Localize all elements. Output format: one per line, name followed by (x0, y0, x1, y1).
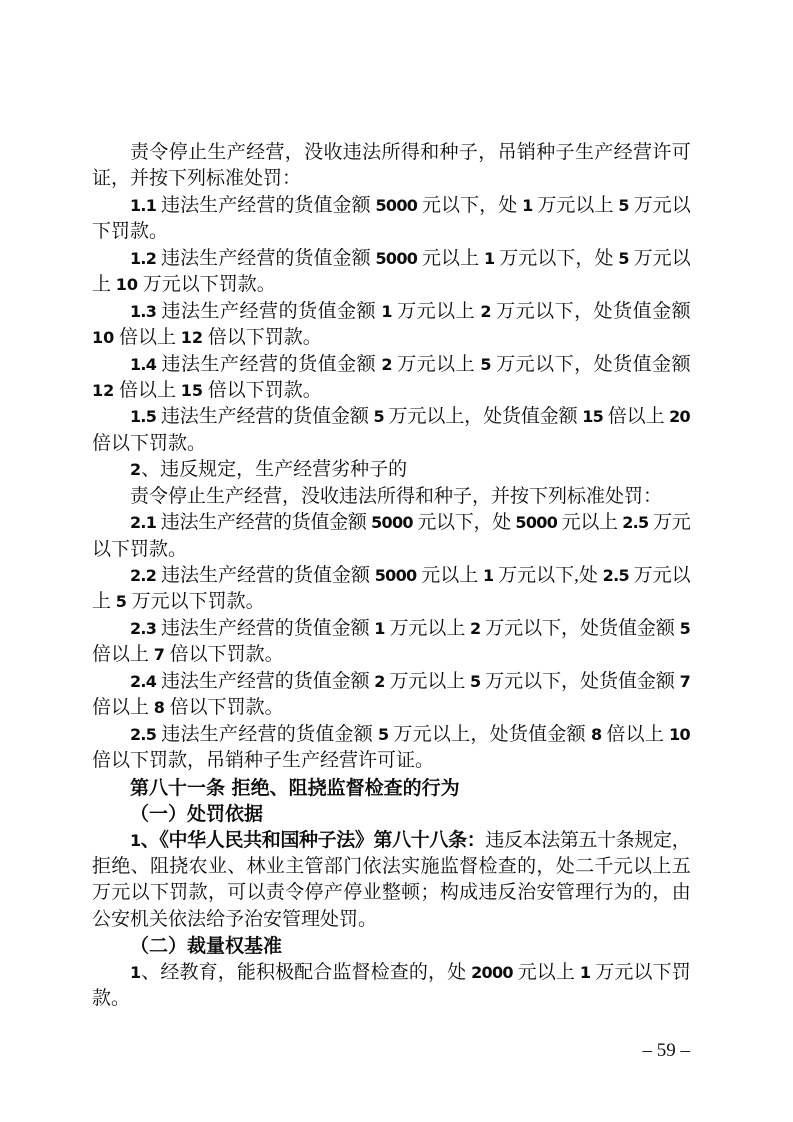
numeric-text: 20 (669, 407, 690, 426)
cjk-text: 、经教育，能积极配合监督检查的，处 (140, 962, 471, 983)
numeric-text: 7 (154, 645, 165, 664)
cjk-text: 万元以上，处货值金额 (388, 724, 591, 745)
text-line: 公安机关依法给予治安管理处罚。 (92, 907, 690, 933)
cjk-text: 违法生产经营的货值金额 (156, 248, 375, 269)
numeric-text: 1 (130, 831, 140, 850)
text-line: 2.2 违法生产经营的货值金额 5000 元以上 1 万元以下,处 2.5 万元… (92, 563, 690, 589)
text-line: 2.4 违法生产经营的货值金额 2 万元以上 5 万元以下，处货值金额 7 (92, 669, 690, 695)
numeric-text: 5 (373, 407, 383, 426)
cjk-text: 违法生产经营的货值金额 (156, 724, 378, 745)
text-line: 2、违反规定，生产经营劣种子的 (92, 457, 690, 483)
text-line: 1.1 违法生产经营的货值金额 5000 元以下，处 1 万元以上 5 万元以 (92, 193, 690, 219)
cjk-text: 万元以下罚款，可以责令停产停业整顿；构成违反治安管理行为的，由 (92, 882, 690, 903)
cjk-text: 万元以下，处货值金额 (491, 354, 690, 375)
cjk-text: 倍以下罚款。 (165, 644, 284, 665)
cjk-text: 倍以上 (114, 327, 181, 348)
cjk-text: 万元以下，处 (494, 248, 618, 269)
text-line: 上 5 万元以下罚款。 (92, 589, 690, 615)
cjk-text: 违法生产经营的货值金额 (156, 195, 375, 216)
text-line: （一）处罚依据 (92, 801, 690, 827)
text-line: 倍以下罚款。 (92, 431, 690, 457)
document-page: 责令停止生产经营，没收违法所得和种子，吊销种子生产经营许可证，并按下列标准处罚：… (0, 0, 793, 1122)
cjk-text: 责令停止生产经营，没收违法所得和种子，并按下列标准处罚： (130, 486, 662, 507)
numeric-text: 2.4 (130, 672, 156, 691)
text-line: 1.2 违法生产经营的货值金额 5000 元以上 1 万元以下，处 5 万元以 (92, 246, 690, 272)
cjk-text: 万元以 (629, 248, 690, 269)
cjk-text: 万元以下罚款。 (127, 591, 265, 612)
numeric-text: 1.1 (130, 196, 156, 215)
numeric-text: 5 (470, 672, 480, 691)
cjk-text: 上 (92, 274, 116, 295)
numeric-text: 2 (480, 302, 490, 321)
numeric-text: 5000 (375, 196, 417, 215)
numeric-text: 1 (522, 196, 532, 215)
numeric-text: 1 (484, 249, 494, 268)
text-line: 万元以下罚款，可以责令停产停业整顿；构成违反治安管理行为的，由 (92, 880, 690, 906)
cjk-text: 万元 (649, 512, 691, 533)
numeric-text: 1 (483, 566, 493, 585)
numeric-text: 15 (582, 407, 603, 426)
numeric-text: 2 (130, 460, 141, 479)
cjk-text: 、违反规定，生产经营劣种子的 (141, 459, 407, 480)
cjk-text: 万元以下,处 (493, 565, 602, 586)
numeric-text: 2 (470, 619, 480, 638)
cjk-text: 责令停止生产经营，没收违法所得和种子，吊销种子生产经营许可 (130, 142, 690, 163)
cjk-text: 元以上 (557, 512, 622, 533)
cjk-text: 倍以下罚款。 (203, 327, 322, 348)
cjk-text: 倍以上 (114, 380, 181, 401)
numeric-text: 5 (618, 196, 628, 215)
text-line: 1、《中华人民共和国种子法》第八十八条：违反本法第五十条规定， (92, 827, 690, 853)
numeric-text: 5000 (375, 566, 417, 585)
numeric-text: 5 (116, 592, 127, 611)
cjk-text: 万元以 (629, 565, 690, 586)
numeric-text: 12 (92, 381, 114, 400)
text-line: 款。 (92, 986, 690, 1012)
cjk-text: 万元以下罚款。 (138, 274, 276, 295)
text-line: 倍以下罚款，吊销种子生产经营许可证。 (92, 748, 690, 774)
cjk-text: 元以下，处 (417, 195, 522, 216)
cjk-text: 倍以下罚款。 (165, 697, 284, 718)
numeric-text: 2 (374, 672, 384, 691)
cjk-text: 证，并按下列标准处罚： (92, 168, 301, 189)
text-line: 倍以上 7 倍以下罚款。 (92, 642, 690, 668)
numeric-text: 2.2 (130, 566, 156, 585)
cjk-text: 违法生产经营的货值金额 (156, 406, 373, 427)
numeric-text: 1 (381, 302, 391, 321)
text-line: 2.3 违法生产经营的货值金额 1 万元以上 2 万元以下，处货值金额 5 (92, 616, 690, 642)
numeric-text: 1 (580, 963, 590, 982)
numeric-text: 2.3 (130, 619, 156, 638)
text-line: 10 倍以上 12 倍以下罚款。 (92, 325, 690, 351)
cjk-text: 违反本法第五十条规定， (485, 830, 690, 851)
text-line: 拒绝、阻挠农业、林业主管部门依法实施监督检查的，处二千元以上五 (92, 854, 690, 880)
text-line: 责令停止生产经营，没收违法所得和种子，并按下列标准处罚： (92, 484, 690, 510)
numeric-text: 2000 (471, 963, 513, 982)
cjk-text: 元以上 (513, 962, 580, 983)
document-body: 责令停止生产经营，没收违法所得和种子，吊销种子生产经营许可证，并按下列标准处罚：… (92, 140, 690, 1012)
numeric-text: 2.5 (603, 566, 629, 585)
text-line: 2.5 违法生产经营的货值金额 5 万元以上，处货值金额 8 倍以上 10 (92, 722, 690, 748)
cjk-text: 倍以上 (601, 724, 669, 745)
numeric-text: 1.5 (130, 407, 156, 426)
cjk-text: 违法生产经营的货值金额 (156, 301, 381, 322)
text-line: 1.4 违法生产经营的货值金额 2 万元以上 5 万元以下，处货值金额 (92, 352, 690, 378)
cjk-text: 倍以上 (92, 644, 154, 665)
cjk-text: 元以下，处 (413, 512, 516, 533)
numeric-text: 5000 (371, 513, 413, 532)
cjk-text: 万元以下，处货值金额 (491, 301, 690, 322)
numeric-text: 12 (181, 328, 203, 347)
numeric-text: 2.5 (130, 725, 156, 744)
numeric-text: 5 (378, 725, 388, 744)
cjk-text: 倍以上 (603, 406, 669, 427)
cjk-text: 违法生产经营的货值金额 (156, 618, 374, 639)
numeric-text: 10 (669, 725, 690, 744)
cjk-text: 万元以 (629, 195, 690, 216)
cjk-text: 下罚款。 (92, 221, 168, 242)
cjk-text: 万元以上 (392, 354, 481, 375)
numeric-text: 5 (618, 249, 628, 268)
page-number: – 59 – (643, 1040, 691, 1062)
cjk-text: 万元以上，处货值金额 (384, 406, 582, 427)
numeric-text: 5 (680, 619, 690, 638)
cjk-text: 违法生产经营的货值金额 (156, 671, 374, 692)
cjk-text: 款。 (92, 988, 130, 1009)
cjk-text: 上 (92, 591, 116, 612)
cjk-text: 元以上 (417, 248, 484, 269)
cjk-text: 以下罚款。 (92, 539, 187, 560)
numeric-text: 2.1 (130, 513, 156, 532)
cjk-text: 违法生产经营的货值金额 (156, 512, 371, 533)
cjk-text: 万元以下，处货值金额 (480, 671, 679, 692)
text-line: 倍以上 8 倍以下罚款。 (92, 695, 690, 721)
cjk-text: 万元以上 (533, 195, 619, 216)
text-line: 1、经教育，能积极配合监督检查的，处 2000 元以上 1 万元以下罚 (92, 960, 690, 986)
cjk-text: 万元以上 (385, 618, 470, 639)
text-line: 上 10 万元以下罚款。 (92, 272, 690, 298)
numeric-text: 15 (181, 381, 203, 400)
text-line: 2.1 违法生产经营的货值金额 5000 元以下，处 5000 元以上 2.5 … (92, 510, 690, 536)
numeric-text: 1.2 (130, 249, 156, 268)
cjk-text: 、《中华人民共和国种子法》第八十八条： (140, 829, 485, 851)
text-line: 责令停止生产经营，没收违法所得和种子，吊销种子生产经营许可 (92, 140, 690, 166)
numeric-text: 5 (480, 355, 490, 374)
text-line: （二）裁量权基准 (92, 933, 690, 959)
cjk-text: 万元以上 (385, 671, 470, 692)
numeric-text: 7 (680, 672, 690, 691)
text-line: 下罚款。 (92, 219, 690, 245)
text-line: 1.3 违法生产经营的货值金额 1 万元以上 2 万元以下，处货值金额 (92, 299, 690, 325)
numeric-text: 1.4 (130, 355, 156, 374)
cjk-text: 第八十一条 拒绝、阻挠监督检查的行为 (130, 777, 460, 799)
cjk-text: （二）裁量权基准 (130, 935, 282, 957)
numeric-text: 5000 (515, 513, 557, 532)
numeric-text: 1 (130, 963, 140, 982)
text-line: 第八十一条 拒绝、阻挠监督检查的行为 (92, 775, 690, 801)
numeric-text: 2 (381, 355, 391, 374)
numeric-text: 8 (591, 725, 601, 744)
cjk-text: 万元以上 (392, 301, 481, 322)
cjk-text: （一）处罚依据 (130, 803, 263, 825)
numeric-text: 8 (154, 698, 165, 717)
numeric-text: 10 (92, 328, 114, 347)
cjk-text: 拒绝、阻挠农业、林业主管部门依法实施监督检查的，处二千元以上五 (92, 856, 690, 877)
text-line: 证，并按下列标准处罚： (92, 166, 690, 192)
numeric-text: 5000 (375, 249, 417, 268)
cjk-text: 违法生产经营的货值金额 (156, 354, 381, 375)
cjk-text: 元以上 (416, 565, 483, 586)
numeric-text: 10 (116, 275, 138, 294)
cjk-text: 倍以上 (92, 697, 154, 718)
numeric-text: 2.5 (622, 513, 648, 532)
cjk-text: 倍以下罚款。 (92, 433, 206, 454)
text-line: 1.5 违法生产经营的货值金额 5 万元以上，处货值金额 15 倍以上 20 (92, 404, 690, 430)
text-line: 以下罚款。 (92, 537, 690, 563)
cjk-text: 万元以下罚 (590, 962, 690, 983)
cjk-text: 万元以下，处货值金额 (480, 618, 679, 639)
text-line: 12 倍以上 15 倍以下罚款。 (92, 378, 690, 404)
cjk-text: 公安机关依法给予治安管理处罚。 (92, 909, 377, 930)
cjk-text: 倍以下罚款。 (203, 380, 322, 401)
numeric-text: 1.3 (130, 302, 156, 321)
numeric-text: 1 (374, 619, 384, 638)
cjk-text: 违法生产经营的货值金额 (156, 565, 375, 586)
cjk-text: 倍以下罚款，吊销种子生产经营许可证。 (92, 750, 434, 771)
